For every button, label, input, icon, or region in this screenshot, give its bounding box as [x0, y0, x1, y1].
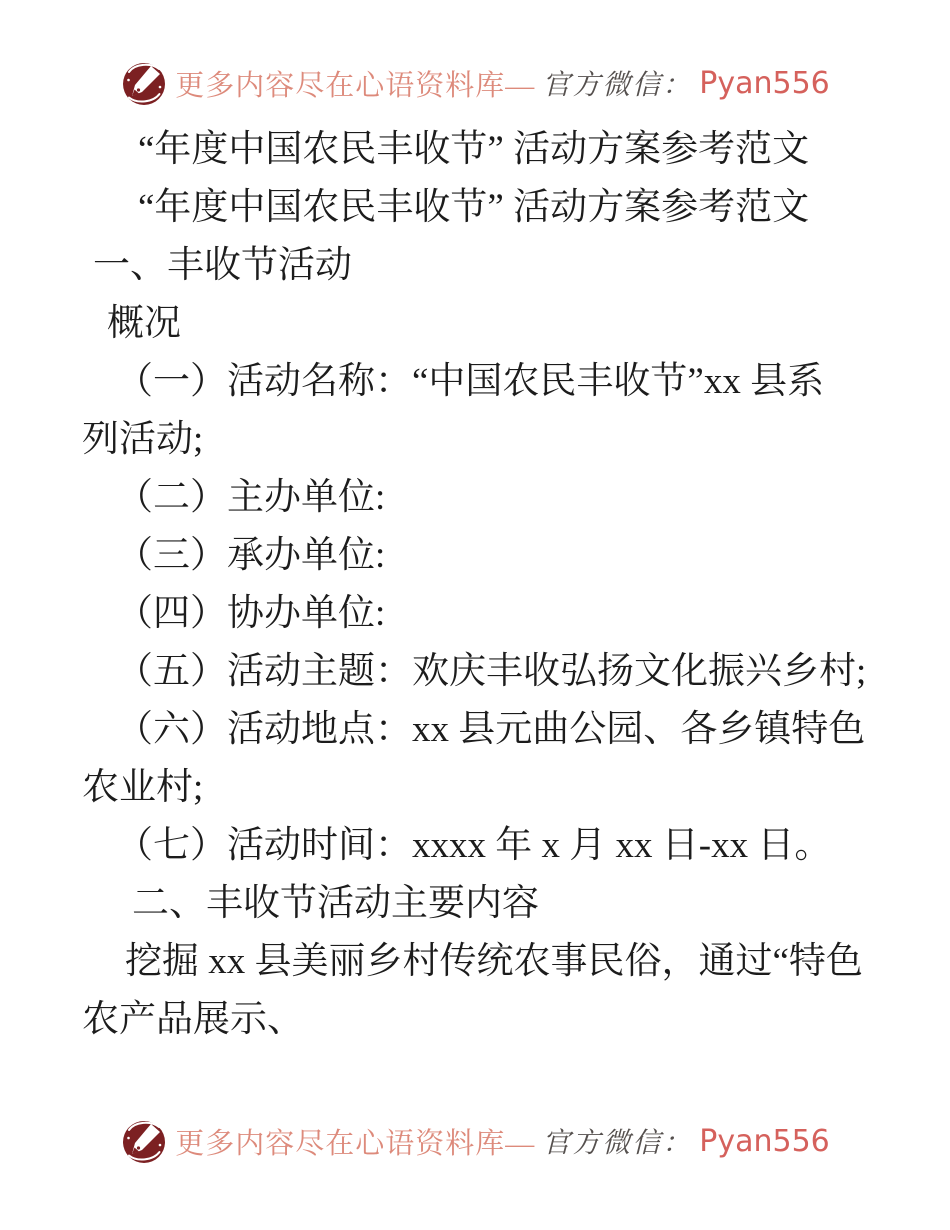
watermark-brand-text: 更多内容尽在心语资料库—	[175, 63, 535, 104]
doc-title-line: “年度中国农民丰收节” 活动方案参考范文	[82, 121, 882, 179]
doc-paragraph-line: 列活动;	[82, 411, 882, 469]
doc-paragraph-line: 挖掘 xx 县美丽乡村传统农事民俗，通过“特色	[82, 933, 882, 991]
document-body: “年度中国农民丰收节” 活动方案参考范文 “年度中国农民丰收节” 活动方案参考范…	[82, 121, 882, 1049]
doc-paragraph-line: （七）活动时间：xxxx 年 x 月 xx 日-xx 日。	[82, 817, 882, 875]
watermark-wechat-label: 官方微信：	[542, 63, 692, 103]
doc-paragraph-line: 农业村;	[82, 759, 882, 817]
doc-heading-line: 概况	[82, 295, 882, 353]
doc-paragraph-line: （一）活动名称：“中国农民丰收节”xx 县系	[82, 353, 882, 411]
document-page: 更多内容尽在心语资料库— 官方微信： Pyan556 “年度中国农民丰收节” 活…	[0, 0, 950, 1230]
footer-watermark: 更多内容尽在心语资料库— 官方微信： Pyan556	[0, 1116, 950, 1166]
doc-paragraph-line: （五）活动主题：欢庆丰收弘扬文化振兴乡村;	[82, 643, 882, 701]
watermark-wechat-label: 官方微信：	[542, 1121, 692, 1161]
doc-paragraph-line: （二）主办单位:	[82, 469, 882, 527]
watermark-wechat-account: Pyan556	[699, 1124, 830, 1159]
doc-paragraph-line: 农产品展示、	[82, 991, 882, 1049]
doc-heading-line: 一、丰收节活动	[82, 237, 882, 295]
doc-title-line: “年度中国农民丰收节” 活动方案参考范文	[82, 179, 882, 237]
watermark-wechat-account: Pyan556	[699, 66, 830, 101]
doc-paragraph-line: （四）协办单位:	[82, 585, 882, 643]
pen-seal-icon	[120, 58, 168, 108]
doc-paragraph-line: （六）活动地点：xx 县元曲公园、各乡镇特色	[82, 701, 882, 759]
header-watermark: 更多内容尽在心语资料库— 官方微信： Pyan556	[0, 58, 950, 108]
doc-paragraph-line: （三）承办单位:	[82, 527, 882, 585]
watermark-brand-text: 更多内容尽在心语资料库—	[175, 1121, 535, 1162]
pen-seal-icon	[120, 1116, 168, 1166]
doc-heading-line: 二、丰收节活动主要内容	[82, 875, 882, 933]
